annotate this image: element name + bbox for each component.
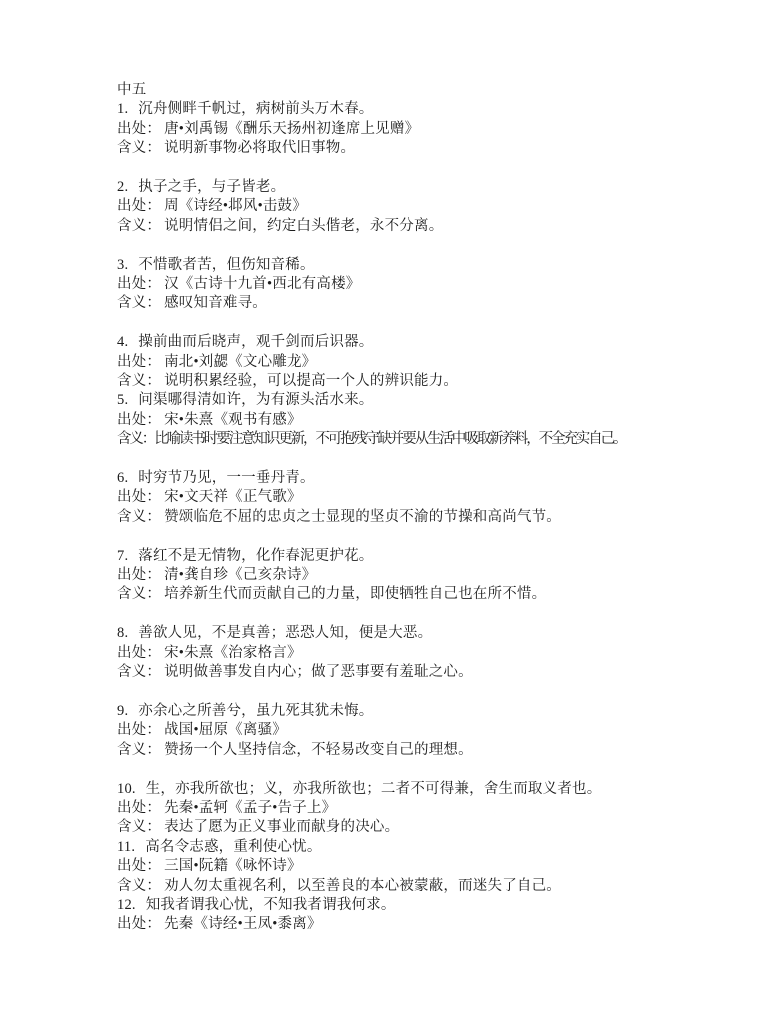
meaning-text: 培养新生代而贡献自己的力量，即使牺牲自己也在所不惜。 — [164, 586, 546, 602]
meaning-line: 含义：说明积累经验，可以提高一个人的辨识能力。 — [117, 372, 708, 391]
quote-text: 知我者谓我心忧，不知我者谓我何求。 — [146, 897, 396, 913]
source-label: 出处： — [117, 567, 161, 583]
meaning-line: 含义：说明情侣之间，约定白头偕老，永不分离。 — [117, 217, 708, 236]
meaning-text: 说明情侣之间，约定白头偕老，永不分离。 — [164, 218, 443, 234]
quote-item: 9.亦余心之所善兮，虽九死其犹未悔。 出处：战国•屈原《离骚》 含义：赞扬一个人… — [117, 702, 708, 760]
meaning-text: 说明新事物必将取代旧事物。 — [164, 140, 355, 156]
quote-line: 8.善欲人见，不是真善；恶恐人知，便是大恶。 — [117, 624, 708, 643]
source-label: 出处： — [117, 276, 161, 292]
item-number: 3. — [117, 256, 128, 275]
source-label: 出处： — [117, 645, 161, 661]
quote-line: 10.生，亦我所欲也；义，亦我所欲也；二者不可得兼，舍生而取义者也。 — [117, 780, 708, 799]
quote-line: 3.不惜歌者苦，但伤知音稀。 — [117, 256, 708, 275]
meaning-line: 含义：劝人勿太重视名利，以至善良的本心被蒙蔽，而迷失了自己。 — [117, 877, 708, 896]
item-number: 1. — [117, 100, 128, 119]
source-text: 三国•阮籍《咏怀诗》 — [164, 858, 302, 874]
source-line: 出处：战国•屈原《离骚》 — [117, 721, 708, 740]
source-label: 出处： — [117, 198, 161, 214]
document-page: 中五 1.沉舟侧畔千帆过，病树前头万木春。 出处：唐•刘禹锡《酬乐天扬州初逢席上… — [0, 0, 768, 1024]
source-label: 出处： — [117, 412, 161, 428]
quote-item: 4.操前曲而后晓声，观千剑而后识器。 出处：南北•刘勰《文心雕龙》 含义：说明积… — [117, 333, 708, 391]
quote-line: 5.问渠哪得清如许，为有源头活水来。 — [117, 391, 708, 410]
source-text: 先秦《诗经•王凤•黍离》 — [164, 916, 322, 932]
source-text: 宋•朱熹《观书有感》 — [164, 412, 302, 428]
meaning-label: 含义： — [117, 373, 161, 389]
meaning-text: 比喻读书时要注意知识更新，不可抱残守缺并要从生活中吸取新养料，不全充实自己。 — [154, 431, 625, 447]
meaning-line: 含义：比喻读书时要注意知识更新，不可抱残守缺并要从生活中吸取新养料，不全充实自己… — [117, 430, 708, 449]
quote-item: 11.高名令志惑，重利使心忧。 出处：三国•阮籍《咏怀诗》 含义：劝人勿太重视名… — [117, 838, 708, 896]
item-number: 11. — [117, 838, 135, 857]
source-line: 出处：宋•文天祥《正气歌》 — [117, 488, 708, 507]
source-label: 出处： — [117, 354, 161, 370]
quote-line: 6.时穷节乃见，一一垂丹青。 — [117, 469, 708, 488]
meaning-text: 赞扬一个人坚持信念，不轻易改变自己的理想。 — [164, 742, 473, 758]
meaning-line: 含义：赞扬一个人坚持信念，不轻易改变自己的理想。 — [117, 741, 708, 760]
source-line: 出处：先秦《诗经•王凤•黍离》 — [117, 915, 708, 934]
meaning-text: 赞颂临危不屈的忠贞之士显现的坚贞不渝的节操和高尚气节。 — [164, 509, 561, 525]
page-title: 中五 — [117, 81, 708, 100]
source-label: 出处： — [117, 121, 161, 137]
meaning-label: 含义： — [117, 819, 161, 835]
quote-line: 7.落红不是无情物，化作春泥更护花。 — [117, 547, 708, 566]
item-number: 10. — [117, 780, 136, 799]
quote-line: 1.沉舟侧畔千帆过，病树前头万木春。 — [117, 100, 708, 119]
quote-text: 执子之手，与子皆老。 — [138, 179, 285, 195]
source-label: 出处： — [117, 800, 161, 816]
quote-text: 沉舟侧畔千帆过，病树前头万木春。 — [138, 101, 373, 117]
meaning-label: 含义： — [117, 509, 161, 525]
quote-item: 3.不惜歌者苦，但伤知音稀。 出处：汉《古诗十九首•西北有高楼》 含义：感叹知音… — [117, 256, 708, 314]
quote-item: 8.善欲人见，不是真善；恶恐人知，便是大恶。 出处：宋•朱熹《治家格言》 含义：… — [117, 624, 708, 682]
source-text: 周《诗经•邶风•击鼓》 — [164, 198, 307, 214]
meaning-line: 含义：说明新事物必将取代旧事物。 — [117, 139, 708, 158]
source-line: 出处：先秦•孟轲《孟子•告子上》 — [117, 799, 708, 818]
source-text: 先秦•孟轲《孟子•告子上》 — [164, 800, 336, 816]
source-label: 出处： — [117, 858, 161, 874]
meaning-label: 含义： — [117, 295, 161, 311]
source-line: 出处：三国•阮籍《咏怀诗》 — [117, 857, 708, 876]
meaning-text: 劝人勿太重视名利，以至善良的本心被蒙蔽，而迷失了自己。 — [164, 878, 561, 894]
source-line: 出处：唐•刘禹锡《酬乐天扬州初逢席上见赠》 — [117, 120, 708, 139]
quote-line: 2.执子之手，与子皆老。 — [117, 178, 708, 197]
meaning-label: 含义： — [117, 664, 161, 680]
meaning-text: 说明积累经验，可以提高一个人的辨识能力。 — [164, 373, 458, 389]
meaning-line: 含义：感叹知音难寻。 — [117, 294, 708, 313]
meaning-label: 含义： — [117, 878, 161, 894]
quote-text: 时穷节乃见，一一垂丹青。 — [138, 470, 314, 486]
quote-item: 12.知我者谓我心忧，不知我者谓我何求。 出处：先秦《诗经•王凤•黍离》 — [117, 896, 708, 935]
meaning-label: 含义： — [117, 431, 154, 447]
quote-item: 2.执子之手，与子皆老。 出处：周《诗经•邶风•击鼓》 含义：说明情侣之间，约定… — [117, 178, 708, 236]
quote-line: 9.亦余心之所善兮，虽九死其犹未悔。 — [117, 702, 708, 721]
source-text: 南北•刘勰《文心雕龙》 — [164, 354, 316, 370]
source-line: 出处：清•龚自珍《己亥杂诗》 — [117, 566, 708, 585]
meaning-label: 含义： — [117, 742, 161, 758]
source-line: 出处：周《诗经•邶风•击鼓》 — [117, 197, 708, 216]
quote-list: 1.沉舟侧畔千帆过，病树前头万木春。 出处：唐•刘禹锡《酬乐天扬州初逢席上见赠》… — [117, 100, 708, 934]
quote-line: 12.知我者谓我心忧，不知我者谓我何求。 — [117, 896, 708, 915]
quote-text: 亦余心之所善兮，虽九死其犹未悔。 — [138, 703, 373, 719]
item-number: 8. — [117, 624, 128, 643]
source-line: 出处：汉《古诗十九首•西北有高楼》 — [117, 275, 708, 294]
quote-text: 操前曲而后晓声，观千剑而后识器。 — [138, 334, 373, 350]
source-text: 清•龚自珍《己亥杂诗》 — [164, 567, 316, 583]
item-number: 12. — [117, 896, 136, 915]
meaning-line: 含义：赞颂临危不屈的忠贞之士显现的坚贞不渝的节操和高尚气节。 — [117, 508, 708, 527]
source-line: 出处：南北•刘勰《文心雕龙》 — [117, 353, 708, 372]
item-number: 4. — [117, 333, 128, 352]
item-number: 6. — [117, 469, 128, 488]
quote-text: 不惜歌者苦，但伤知音稀。 — [138, 257, 314, 273]
meaning-label: 含义： — [117, 218, 161, 234]
source-label: 出处： — [117, 916, 161, 932]
quote-item: 6.时穷节乃见，一一垂丹青。 出处：宋•文天祥《正气歌》 含义：赞颂临危不屈的忠… — [117, 469, 708, 527]
source-label: 出处： — [117, 489, 161, 505]
meaning-label: 含义： — [117, 586, 161, 602]
meaning-text: 表达了愿为正义事业而献身的决心。 — [164, 819, 399, 835]
quote-text: 落红不是无情物，化作春泥更护花。 — [138, 548, 373, 564]
source-text: 唐•刘禹锡《酬乐天扬州初逢席上见赠》 — [164, 121, 419, 137]
item-number: 2. — [117, 178, 128, 197]
meaning-text: 感叹知音难寻。 — [164, 295, 267, 311]
source-text: 战国•屈原《离骚》 — [164, 722, 287, 738]
item-number: 9. — [117, 702, 128, 721]
quote-text: 高名令志惑，重利使心忧。 — [145, 839, 321, 855]
quote-line: 11.高名令志惑，重利使心忧。 — [117, 838, 708, 857]
quote-text: 生，亦我所欲也；义，亦我所欲也；二者不可得兼，舍生而取义者也。 — [146, 781, 602, 797]
source-text: 宋•文天祥《正气歌》 — [164, 489, 302, 505]
quote-item: 7.落红不是无情物，化作春泥更护花。 出处：清•龚自珍《己亥杂诗》 含义：培养新… — [117, 547, 708, 605]
quote-item: 1.沉舟侧畔千帆过，病树前头万木春。 出处：唐•刘禹锡《酬乐天扬州初逢席上见赠》… — [117, 100, 708, 158]
source-text: 汉《古诗十九首•西北有高楼》 — [164, 276, 360, 292]
meaning-label: 含义： — [117, 140, 161, 156]
source-line: 出处：宋•朱熹《治家格言》 — [117, 644, 708, 663]
source-line: 出处：宋•朱熹《观书有感》 — [117, 411, 708, 430]
meaning-line: 含义：说明做善事发自内心；做了恶事要有羞耻之心。 — [117, 663, 708, 682]
quote-text: 善欲人见，不是真善；恶恐人知，便是大恶。 — [138, 625, 432, 641]
quote-text: 问渠哪得清如许，为有源头活水来。 — [138, 392, 373, 408]
source-text: 宋•朱熹《治家格言》 — [164, 645, 302, 661]
item-number: 5. — [117, 391, 128, 410]
quote-item: 10.生，亦我所欲也；义，亦我所欲也；二者不可得兼，舍生而取义者也。 出处：先秦… — [117, 780, 708, 838]
source-label: 出处： — [117, 722, 161, 738]
meaning-line: 含义：培养新生代而贡献自己的力量，即使牺牲自己也在所不惜。 — [117, 585, 708, 604]
quote-line: 4.操前曲而后晓声，观千剑而后识器。 — [117, 333, 708, 352]
meaning-text: 说明做善事发自内心；做了恶事要有羞耻之心。 — [164, 664, 473, 680]
quote-item: 5.问渠哪得清如许，为有源头活水来。 出处：宋•朱熹《观书有感》 含义：比喻读书… — [117, 391, 708, 449]
meaning-line: 含义：表达了愿为正义事业而献身的决心。 — [117, 818, 708, 837]
item-number: 7. — [117, 547, 128, 566]
